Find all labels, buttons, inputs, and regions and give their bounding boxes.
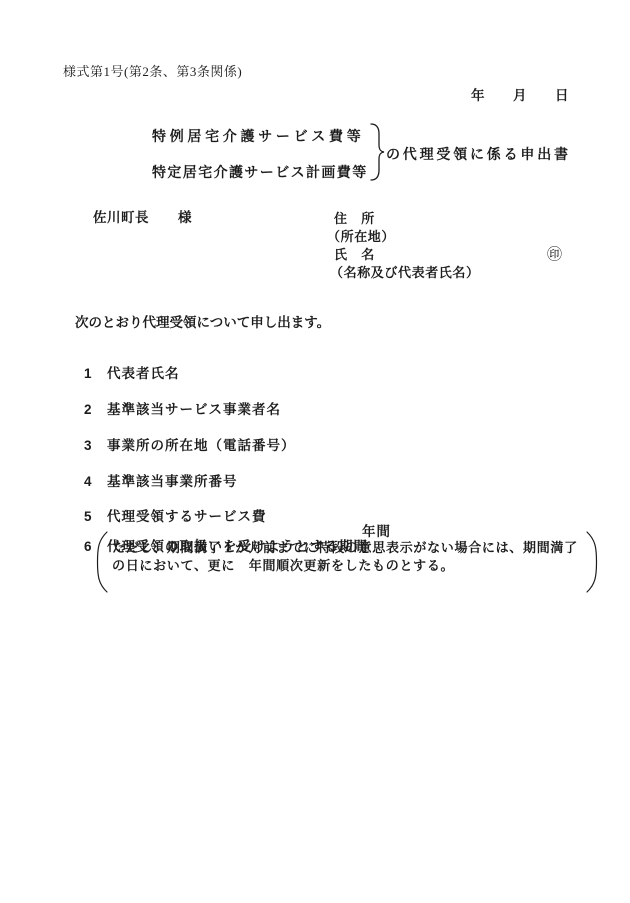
- item-label: 事業所の所在地（電話番号）: [107, 438, 296, 453]
- sender-name-label: 氏 名: [334, 244, 375, 263]
- item-number: 4: [84, 474, 107, 489]
- item-label: 基準該当サービス事業者名: [107, 402, 281, 417]
- title-option-1: 特例居宅介護サービス費等: [152, 126, 364, 146]
- title-suffix: の代理受領に係る申出書: [386, 144, 571, 164]
- addressee-line: 佐川町長様: [76, 191, 192, 241]
- form-page: 様式第1号(第2条、第3条関係) 年 月 日 特例居宅介護サービス費等 特定居宅…: [0, 0, 630, 903]
- curly-brace-icon: [368, 122, 386, 182]
- addressee-name: 佐川町長: [93, 210, 149, 225]
- left-parenthesis-icon: [94, 531, 110, 593]
- note-line-2: の日において、更に 年間順次更新をしたものとする。: [112, 555, 454, 574]
- item-label: 基準該当事業所番号: [107, 474, 238, 489]
- right-parenthesis-icon: [584, 531, 600, 593]
- form-number: 様式第1号(第2条、第3条関係): [63, 61, 242, 80]
- date-line: 年 月 日: [471, 84, 569, 104]
- title-option-2: 特定居宅介護サービス計画費等: [152, 162, 368, 182]
- item-number: 1: [84, 366, 107, 381]
- sender-address-sublabel: （所在地）: [327, 226, 395, 245]
- item-number: 2: [84, 402, 107, 417]
- note-line-1: ただし、期間満了１か月前までに特段の意思表示がない場合には、期間満了: [112, 537, 578, 556]
- seal-icon: ㊞: [547, 243, 562, 264]
- addressee-honorific: 様: [178, 210, 192, 225]
- sender-address-label: 住 所: [334, 208, 375, 227]
- sender-name-sublabel: （名称及び代表者氏名）: [330, 262, 480, 281]
- intro-sentence: 次のとおり代理受領について申し出ます。: [75, 311, 330, 331]
- item-number: 3: [84, 438, 107, 453]
- item-label: 代表者氏名: [107, 366, 180, 381]
